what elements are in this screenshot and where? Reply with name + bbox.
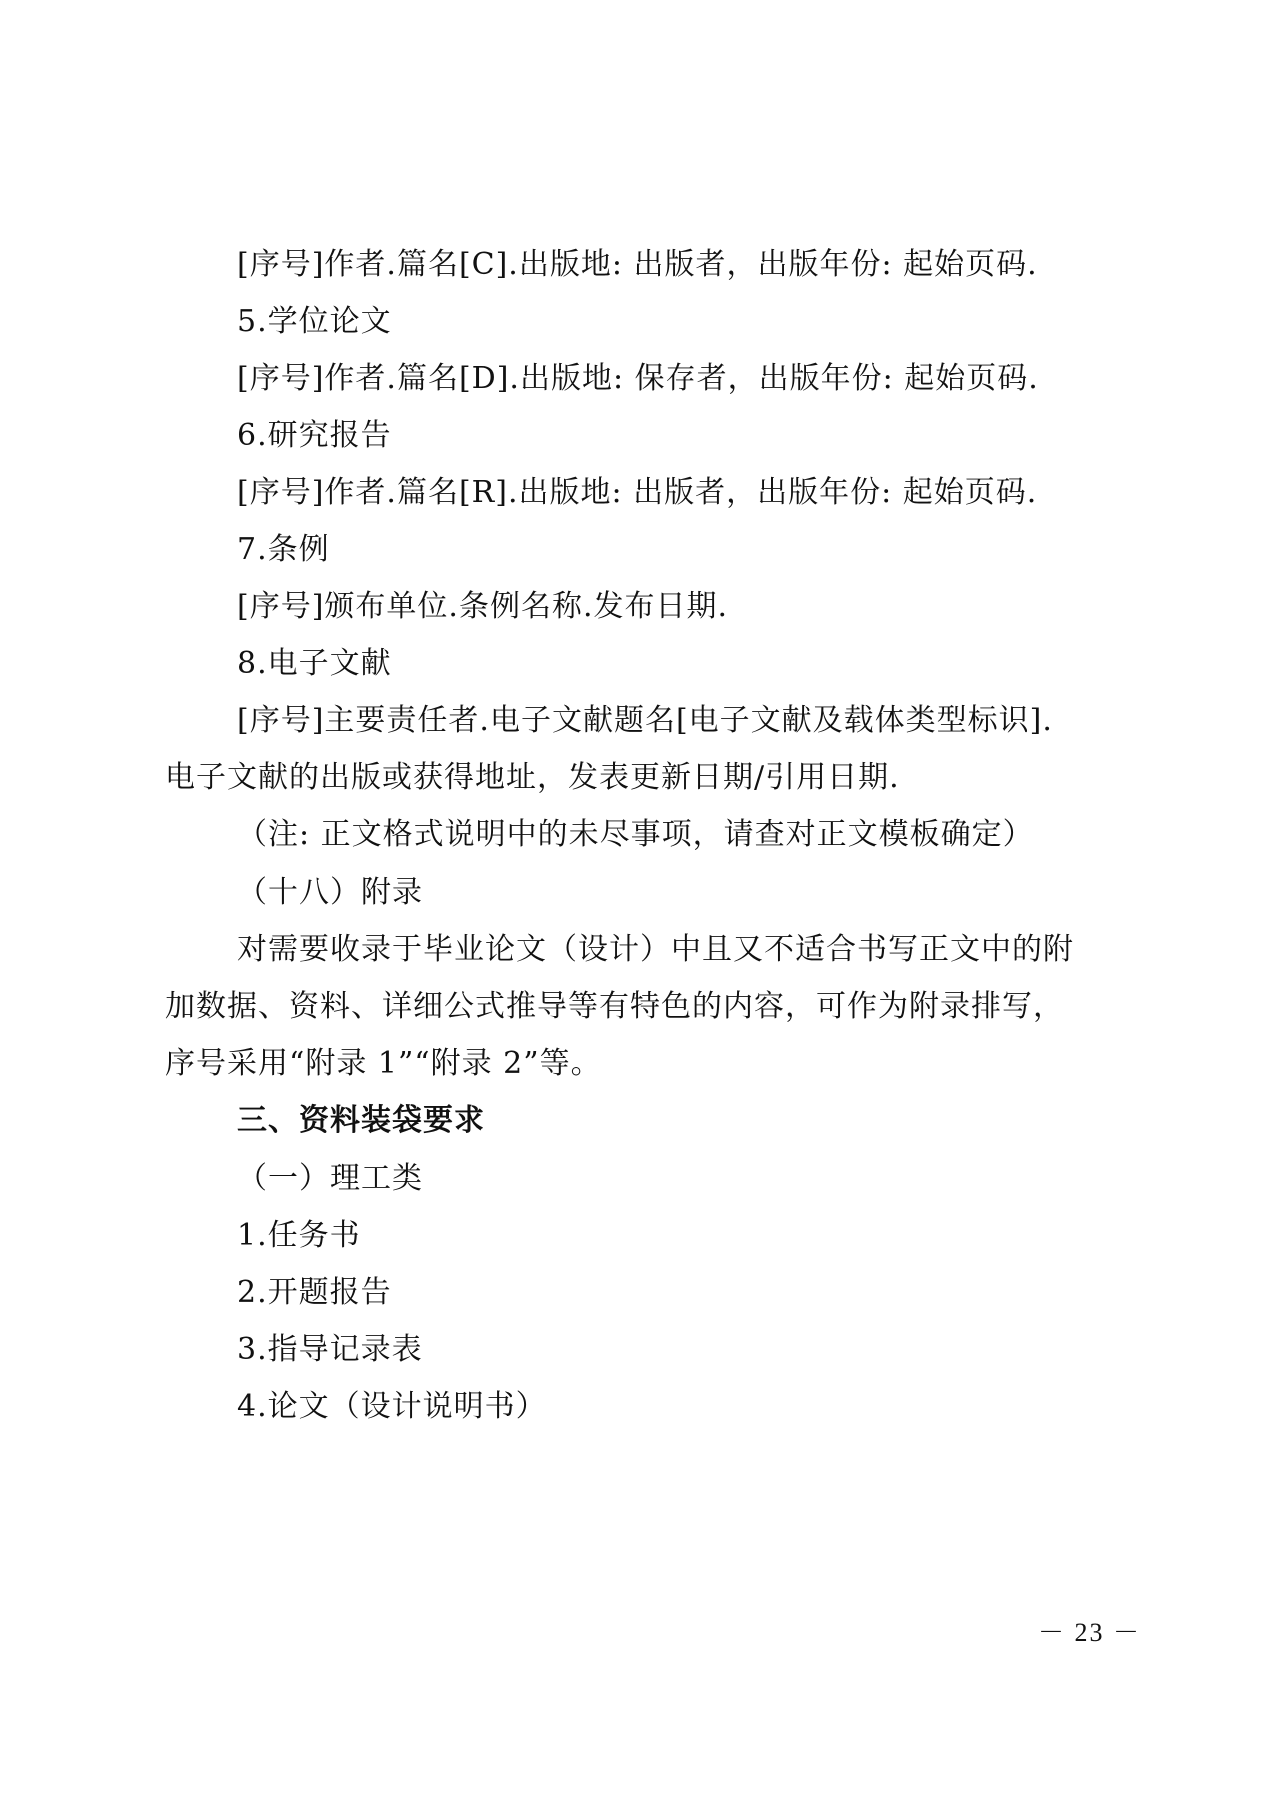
appendix-paragraph-line-2: 加数据、资料、详细公式推导等有特色的内容，可作为附录排写， bbox=[165, 987, 1115, 1027]
item-3-guidance-record: 3.指导记录表 bbox=[237, 1330, 1187, 1370]
subsection-science-engineering: （一）理工类 bbox=[237, 1159, 1187, 1199]
item-2-proposal-report: 2.开题报告 bbox=[237, 1273, 1187, 1313]
reference-format-report: [序号]作者.篇名[R].出版地: 出版者，出版年份: 起始页码. bbox=[237, 473, 1187, 513]
appendix-paragraph-line-1: 对需要收录于毕业论文（设计）中且又不适合书写正文中的附 bbox=[237, 930, 1187, 970]
reference-format-conference: [序号]作者.篇名[C].出版地: 出版者，出版年份: 起始页码. bbox=[237, 245, 1187, 285]
reference-format-electronic-1: [序号]主要责任者.电子文献题名[电子文献及载体类型标识]. bbox=[237, 701, 1187, 741]
section-heading-materials: 三、资料装袋要求 bbox=[237, 1101, 1187, 1141]
item-4-thesis-design: 4.论文（设计说明书） bbox=[237, 1387, 1187, 1427]
document-page: [序号]作者.篇名[C].出版地: 出版者，出版年份: 起始页码. 5.学位论文… bbox=[0, 0, 1273, 1800]
reference-format-regulation: [序号]颁布单位.条例名称.发布日期. bbox=[237, 587, 1187, 627]
item-7-regulation: 7.条例 bbox=[237, 530, 1187, 570]
item-1-assignment: 1.任务书 bbox=[237, 1216, 1187, 1256]
page-number: － 23 － bbox=[1038, 1617, 1141, 1649]
appendix-paragraph-line-3: 序号采用“附录 1”“附录 2”等。 bbox=[165, 1044, 1115, 1084]
item-6-research-report: 6.研究报告 bbox=[237, 416, 1187, 456]
item-8-electronic-literature: 8.电子文献 bbox=[237, 644, 1187, 684]
reference-format-thesis: [序号]作者.篇名[D].出版地: 保存者，出版年份: 起始页码. bbox=[237, 359, 1187, 399]
section-18-appendix: （十八）附录 bbox=[237, 873, 1187, 913]
reference-format-electronic-2: 电子文献的出版或获得地址，发表更新日期/引用日期. bbox=[165, 758, 1115, 798]
note-paragraph: （注: 正文格式说明中的未尽事项，请查对正文模板确定） bbox=[237, 815, 1187, 855]
item-5-thesis: 5.学位论文 bbox=[237, 302, 1187, 342]
